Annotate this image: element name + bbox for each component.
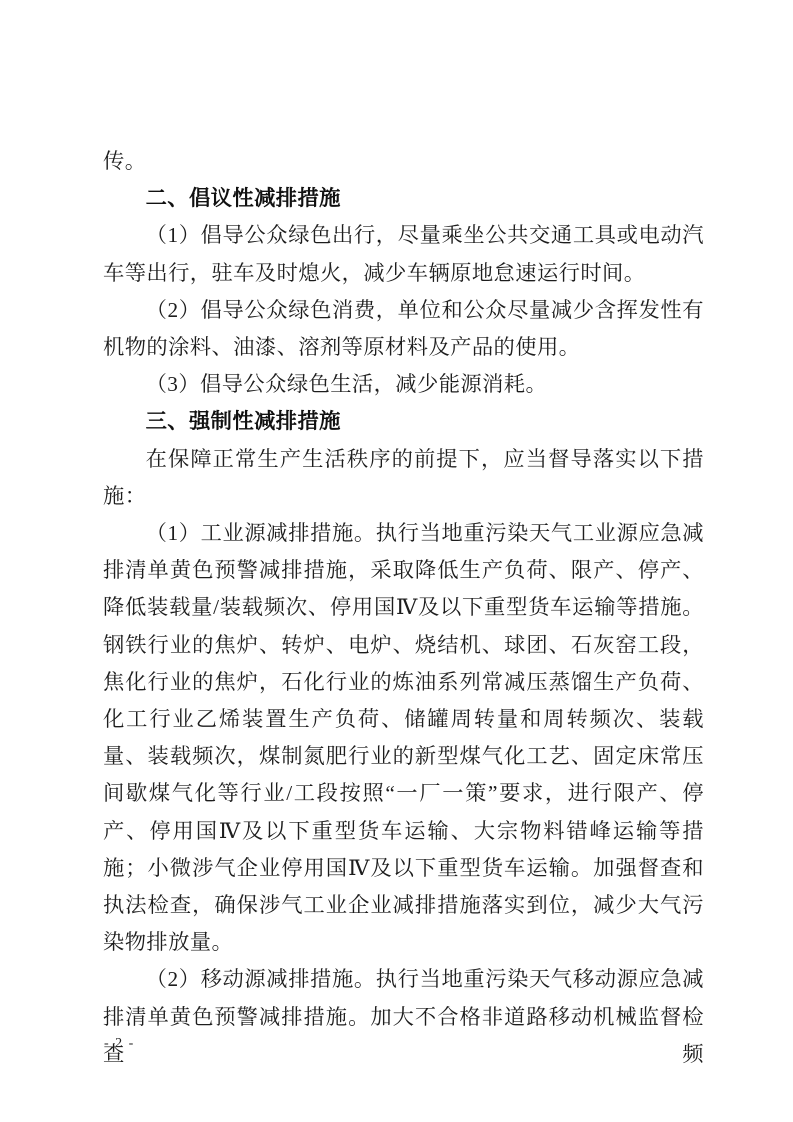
document-page: 传。二、倡议性减排措施（1）倡导公众绿色出行，尽量乘坐公共交通工具或电动汽车等出… (0, 0, 793, 1122)
page-number: - 2 - (104, 1035, 135, 1053)
paragraph: （2）移动源减排措施。执行当地重污染天气移动源应急减排清单黄色预警减排措施。加大… (103, 961, 704, 1073)
document-body: 传。二、倡议性减排措施（1）倡导公众绿色出行，尽量乘坐公共交通工具或电动汽车等出… (103, 143, 704, 1073)
paragraph: （1）倡导公众绿色出行，尽量乘坐公共交通工具或电动汽车等出行，驻车及时熄火，减少… (103, 217, 704, 291)
paragraph: （2）倡导公众绿色消费，单位和公众尽量减少含挥发性有机物的涂料、油漆、溶剂等原材… (103, 292, 704, 366)
paragraph: （1）工业源减排措施。执行当地重污染天气工业源应急减排清单黄色预警减排措施，采取… (103, 515, 704, 961)
paragraph: （3）倡导公众绿色生活，减少能源消耗。 (103, 366, 704, 403)
section-heading: 二、倡议性减排措施 (103, 180, 704, 217)
paragraph-continuation: 传。 (103, 143, 704, 180)
section-heading: 三、强制性减排措施 (103, 403, 704, 440)
paragraph: 在保障正常生产生活秩序的前提下，应当督导落实以下措施： (103, 441, 704, 515)
